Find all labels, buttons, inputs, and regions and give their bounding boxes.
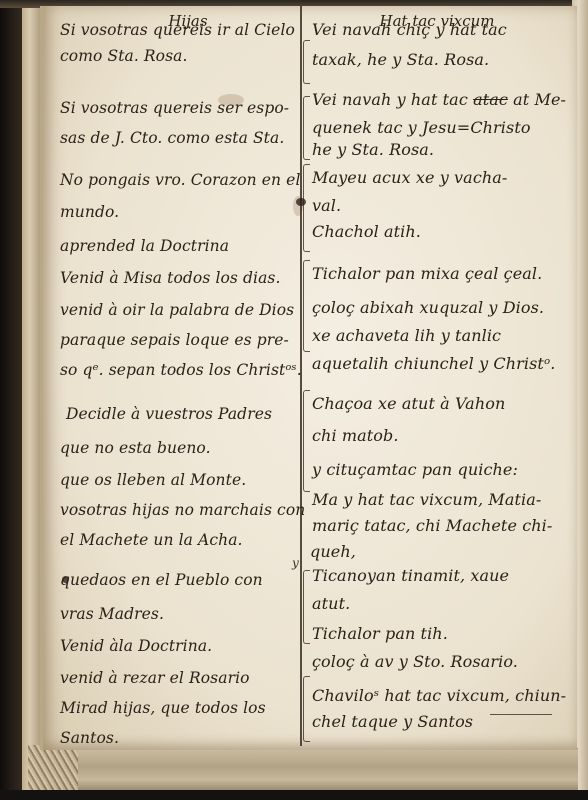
left-line: como Sta. Rosa. bbox=[60, 46, 188, 66]
right-line: chel taque y Santos bbox=[312, 712, 473, 732]
right-line-text: at Me- bbox=[508, 90, 566, 109]
bottom-dark bbox=[0, 790, 588, 800]
struck-word: atac bbox=[473, 90, 508, 109]
left-line: paraque sepais loque es pre- bbox=[60, 330, 289, 350]
left-line: aprended la Doctrina bbox=[60, 236, 229, 256]
left-line: sas de J. Cto. como esta Sta. bbox=[60, 128, 284, 148]
right-line: y cituçamtac pan quiche: bbox=[312, 460, 518, 480]
right-line: aquetalih chiunchel y Christᵒ. bbox=[312, 354, 555, 374]
left-line: Mirad hijas, que todos los bbox=[60, 698, 266, 718]
bracket bbox=[303, 260, 310, 352]
left-line: que os lleben al Monte. bbox=[60, 470, 246, 490]
left-line: Venid àla Doctrina. bbox=[60, 636, 212, 656]
ink-blot bbox=[62, 576, 69, 583]
bracket bbox=[303, 40, 310, 84]
left-line: Santos. bbox=[60, 728, 119, 748]
left-line: quedaos en el Pueblo con bbox=[60, 570, 263, 590]
right-line: Vei navah y hat tac atac at Me- bbox=[312, 90, 566, 110]
left-line: Decidle à vuestros Padres bbox=[66, 404, 272, 424]
right-line: çoloç à av y Sto. Rosario. bbox=[312, 652, 518, 672]
left-line: No pongais vro. Corazon en el bbox=[60, 170, 301, 190]
right-line: atut. bbox=[312, 594, 350, 614]
right-line: xe achaveta lih y tanlic bbox=[312, 326, 501, 346]
left-line: venid à rezar el Rosario bbox=[60, 668, 250, 688]
bracket bbox=[303, 676, 310, 742]
right-line: Chachol atih. bbox=[312, 222, 421, 242]
left-line: vras Madres. bbox=[60, 604, 164, 624]
right-line: Tichalor pan tih. bbox=[312, 624, 448, 644]
right-line: Ma y hat tac vixcum, Matia- bbox=[312, 490, 541, 510]
left-line: vosotras hijas no marchais con bbox=[60, 500, 305, 520]
left-line: Si vosotras quereis ir al Cielo bbox=[60, 20, 295, 40]
left-line: que no esta bueno. bbox=[60, 438, 211, 458]
left-line: so qᵉ. sepan todos los Christᵒˢ. bbox=[60, 360, 302, 380]
bracket bbox=[303, 96, 310, 160]
bracket bbox=[303, 164, 310, 252]
bracket bbox=[303, 570, 310, 644]
left-line: venid à oir la palabra de Dios bbox=[60, 300, 294, 320]
left-line: Venid à Misa todos los dias. bbox=[60, 268, 281, 288]
right-line: Chaviloˢ hat tac vixcum, chiun- bbox=[312, 686, 566, 706]
right-line: taxak, he y Sta. Rosa. bbox=[312, 50, 489, 70]
left-line: mundo. bbox=[60, 202, 119, 222]
right-line: Ticanoyan tinamit, xaue bbox=[312, 566, 509, 586]
left-line: el Machete un la Acha. bbox=[60, 530, 243, 550]
right-line: queh, bbox=[310, 542, 356, 562]
right-line: chi matob. bbox=[312, 426, 399, 446]
end-rule bbox=[490, 714, 552, 715]
right-line: quenek tac y Jesu=Christo bbox=[312, 118, 531, 138]
ink-blot bbox=[296, 198, 306, 206]
right-line-text: Vei navah y hat tac bbox=[312, 90, 473, 109]
right-line: Mayeu acux xe y vacha- bbox=[312, 168, 507, 188]
right-line: mariç tatac, chi Machete chi- bbox=[312, 516, 552, 536]
right-line: Vei navah chiç y hat tac bbox=[312, 20, 507, 40]
bottom-page-edge bbox=[38, 748, 578, 793]
right-column: Hat tac vixcum Vei navah chiç y hat tac … bbox=[312, 10, 562, 32]
bracket bbox=[303, 390, 310, 492]
right-line: Tichalor pan mixa çeal çeal. bbox=[312, 264, 542, 284]
right-line: Chaçoa xe atut à Vahon bbox=[312, 394, 505, 414]
margin-note: y bbox=[292, 556, 299, 570]
left-line: Si vosotras quereis ser espo- bbox=[60, 98, 289, 118]
left-column: Hijas Si vosotras quereis ir al Cielo co… bbox=[60, 10, 296, 32]
right-line: he y Sta. Rosa. bbox=[312, 140, 434, 160]
right-line: val. bbox=[312, 196, 341, 216]
right-line: çoloç abixah xuquzal y Dios. bbox=[312, 298, 544, 318]
